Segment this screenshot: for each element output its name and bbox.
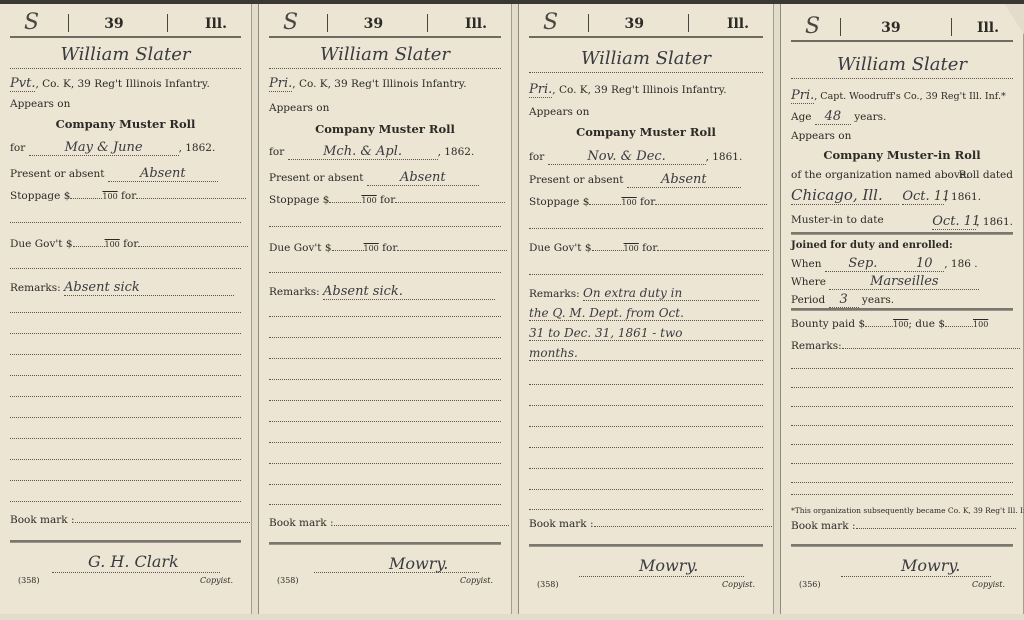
card-header: S 39 Ill.	[529, 12, 763, 38]
bookmark-label: Book mark :	[10, 514, 75, 526]
age-value: 48	[815, 109, 851, 125]
appears-on-label: Appears on	[529, 106, 763, 118]
soldier-name: William Slater	[837, 54, 967, 75]
form-number: (358)	[18, 576, 40, 585]
present-absent-value: Absent	[627, 172, 741, 188]
copyist-label: Copyist.	[722, 580, 755, 589]
regiment-number: 39	[881, 20, 900, 36]
rank: Pvt.	[10, 76, 35, 92]
roll-date: Oct. 11	[902, 189, 944, 205]
form-number: (356)	[799, 580, 821, 589]
roll-title: Company Muster Roll	[10, 117, 241, 131]
roll-place: Chicago, Ill.	[791, 186, 899, 205]
bookmark-label: Book mark :	[529, 518, 594, 530]
copyist-signature: Mowry.	[901, 556, 960, 575]
muster-card-2: S 39 Ill. William Slater Pri., Co. K, 39…	[258, 4, 512, 614]
surname-initial: S	[283, 10, 298, 35]
rank: Pri.	[791, 88, 814, 104]
soldier-name: William Slater	[320, 44, 450, 65]
roll-period: May & June	[29, 140, 179, 156]
when-day: 10	[904, 256, 944, 272]
form-number: (358)	[277, 576, 299, 585]
regiment-number: 39	[625, 16, 644, 32]
present-absent-value: Absent	[367, 170, 479, 186]
bookmark-label: Book mark :	[269, 517, 334, 529]
copyist-signature: Mowry.	[639, 556, 698, 575]
roll-year: , 1861.	[706, 151, 743, 163]
unit-line: , Capt. Woodruff's Co., 39 Reg't Ill. In…	[814, 91, 1005, 102]
muster-in-date: Oct. 11	[932, 214, 976, 230]
form-number: (358)	[537, 580, 559, 589]
card-header: S 39 Ill.	[269, 12, 501, 38]
footnote: *This organization subsequently became C…	[791, 506, 1013, 515]
when-month: Sep.	[825, 256, 901, 272]
copyist-signature: G. H. Clark	[88, 552, 179, 571]
muster-card-3: S 39 Ill. William Slater Pri., Co. K, 39…	[518, 4, 774, 614]
copyist-label: Copyist.	[200, 576, 233, 585]
rank: Pri.	[269, 76, 292, 92]
muster-in-card: S 39 Ill. William Slater Pri., Capt. Woo…	[780, 4, 1024, 614]
surname-initial: S	[805, 14, 820, 39]
card-header: S 39 Ill.	[10, 12, 241, 38]
copyist-label: Copyist.	[972, 580, 1005, 589]
remarks-line-2: the Q. M. Dept. from Oct.	[529, 306, 763, 321]
roll-title: Company Muster Roll	[269, 122, 501, 136]
bookmark-label: Book mark :	[791, 520, 856, 532]
state-abbrev: Ill.	[977, 20, 999, 36]
unit-line: , Co. K, 39 Reg't Illinois Infantry.	[35, 78, 209, 90]
remarks-line-1: Absent sick	[64, 280, 234, 296]
appears-on-label: Appears on	[269, 102, 501, 114]
remarks-line-4: months.	[529, 346, 763, 361]
surname-initial: S	[543, 10, 558, 35]
unit-line: , Co. K, 39 Reg't Illinois Infantry.	[292, 78, 466, 90]
roll-title: Company Muster-in Roll	[791, 148, 1013, 162]
present-absent-value: Absent	[108, 166, 218, 182]
copyist-label: Copyist.	[460, 576, 493, 585]
roll-year: , 1862.	[179, 142, 216, 154]
card-header: S 39 Ill.	[791, 16, 1013, 42]
regiment-number: 39	[364, 16, 383, 32]
joined-label: Joined for duty and enrolled:	[791, 240, 1013, 251]
soldier-name: William Slater	[581, 48, 711, 69]
copyist-signature: Mowry.	[389, 554, 448, 573]
remarks-line-3: 31 to Dec. 31, 1861 - two	[529, 326, 763, 341]
unit-line: , Co. K, 39 Reg't Illinois Infantry.	[552, 84, 726, 96]
surname-initial: S	[24, 10, 39, 35]
remarks-line-1: Absent sick.	[323, 284, 495, 300]
where-value: Marseilles	[829, 274, 979, 290]
muster-card-1: S 39 Ill. William Slater Pvt., Co. K, 39…	[0, 4, 252, 614]
roll-period: Mch. & Apl.	[288, 144, 438, 160]
soldier-name: William Slater	[60, 44, 190, 65]
roll-year: , 1862.	[438, 146, 475, 158]
period-value: 3	[829, 292, 859, 308]
rank: Pri.	[529, 82, 552, 98]
regiment-number: 39	[104, 16, 123, 32]
roll-title: Company Muster Roll	[529, 125, 763, 139]
state-abbrev: Ill.	[465, 16, 487, 32]
state-abbrev: Ill.	[727, 16, 749, 32]
remarks-line-1: On extra duty in	[583, 286, 759, 301]
state-abbrev: Ill.	[205, 16, 227, 32]
appears-on-label: Appears on	[791, 130, 1013, 142]
roll-period: Nov. & Dec.	[548, 149, 706, 165]
appears-on-label: Appears on	[10, 98, 241, 110]
